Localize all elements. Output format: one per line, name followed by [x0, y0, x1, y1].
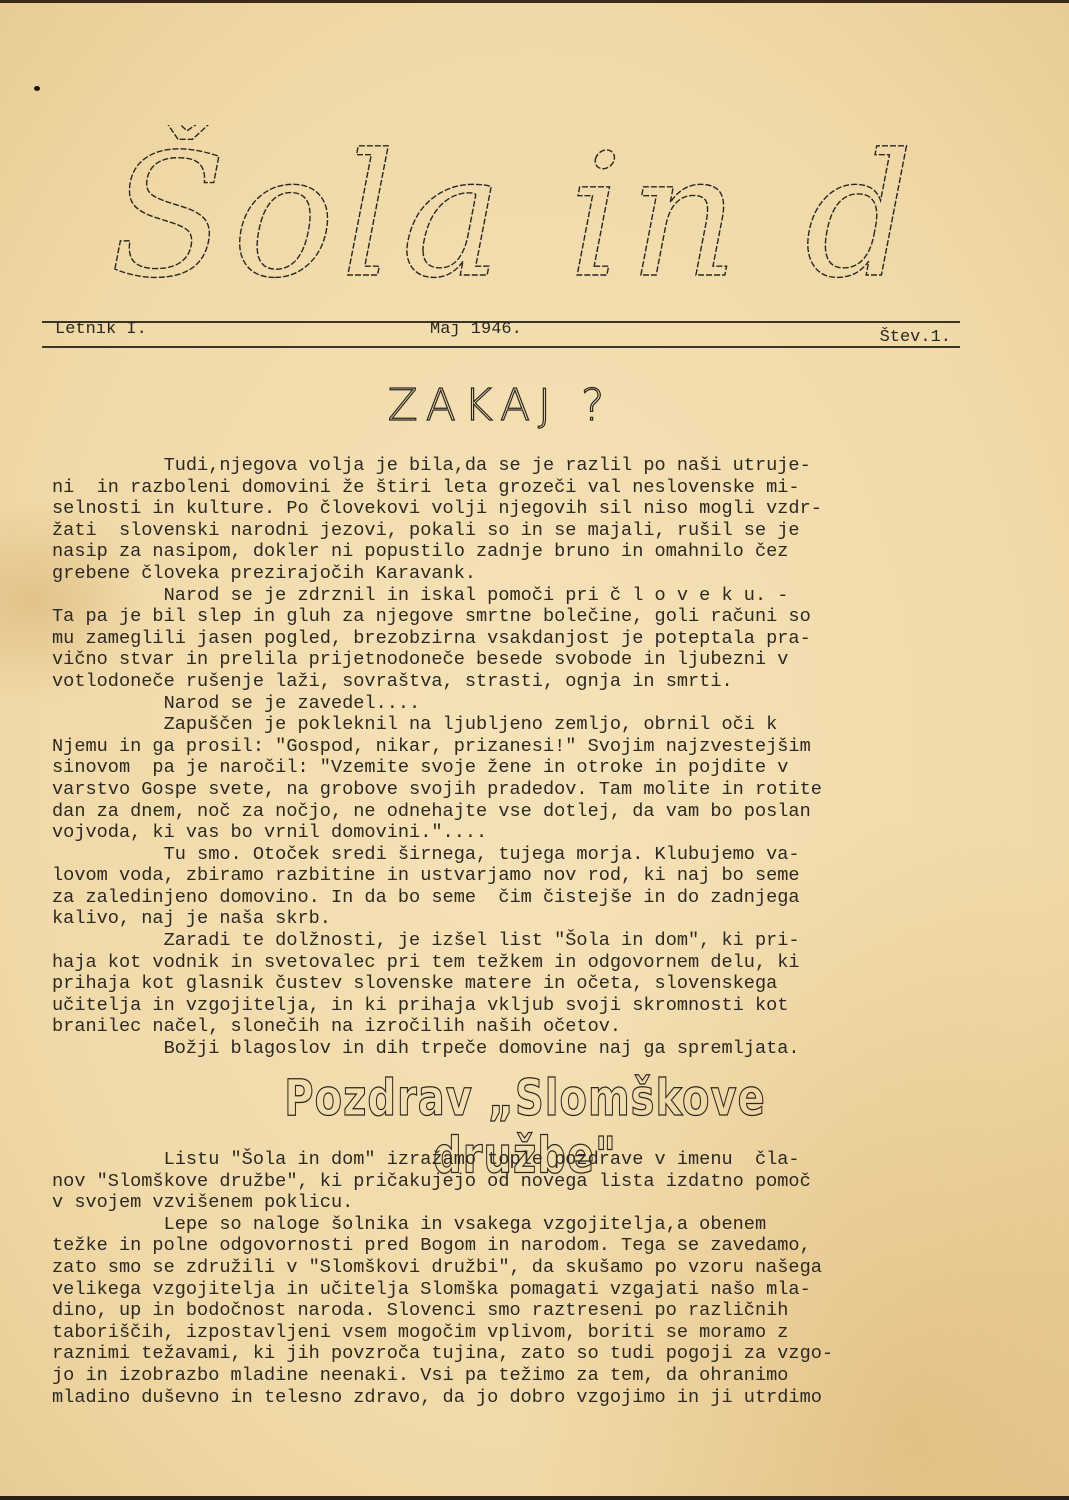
text-line: zato smo se združili v "Slomškovi družbi…: [52, 1257, 972, 1279]
text-line: Njemu in ga prosil: "Gospod, nikar, priz…: [52, 736, 972, 758]
text-line: Lepe so naloge šolnika in vsakega vzgoji…: [52, 1214, 972, 1236]
text-line: Listu "Šola in dom" izražamo tople pozdr…: [52, 1149, 972, 1171]
text-line: raznimi težavami, ki jih povzroča tujina…: [52, 1343, 972, 1365]
text-line: težke in polne odgovornosti pred Bogom i…: [52, 1235, 972, 1257]
ink-spot: [34, 86, 40, 91]
text-line: vojvoda, ki vas bo vrnil domovini."....: [52, 822, 972, 844]
text-line: taboriščih, izpostavljeni vsem mogočim v…: [52, 1322, 972, 1344]
text-line: Tudi,njegova volja je bila,da se je razl…: [52, 455, 972, 477]
text-line: Tu smo. Otoček sredi širnega, tujega mor…: [52, 844, 972, 866]
text-line: varstvo Gospe svete, na grobove svojih p…: [52, 779, 972, 801]
issue-number: Štev.1.: [880, 328, 951, 347]
text-line: dino, up in bodočnost naroda. Slovenci s…: [52, 1300, 972, 1322]
page-edge-top: [0, 0, 1069, 3]
text-line: Zapuščen je pokleknil na ljubljeno zemlj…: [52, 714, 972, 736]
text-line: nov "Slomškove družbe", ki pričakujejo o…: [52, 1171, 972, 1193]
text-line: velikega vzgojitelja in učitelja Slomška…: [52, 1279, 972, 1301]
volume-label: Letnik I.: [55, 320, 147, 339]
issue-date: Maj 1946.: [430, 320, 522, 339]
text-line: Ta pa je bil slep in gluh za njegove smr…: [52, 606, 972, 628]
text-line: Narod se je zavedel....: [52, 693, 972, 715]
text-line: prihaja kot glasnik čustev slovenske mat…: [52, 973, 972, 995]
masthead-title-text: Šola in dom: [110, 125, 920, 305]
text-line: nasip za nasipom, dokler ni popustilo za…: [52, 541, 972, 563]
text-line: za zaledinjeno domovino. In da bo seme č…: [52, 887, 972, 909]
masthead-meta: Letnik I. Maj 1946. Štev.1.: [45, 318, 957, 346]
article-body: Tudi,njegova volja je bila,da se je razl…: [52, 455, 972, 1060]
text-line: učitelja in vzgojitelja, in ki prihaja v…: [52, 995, 972, 1017]
text-line: selnosti in kulture. Po človekovi volji …: [52, 498, 972, 520]
text-line: Narod se je zdrznil in iskal pomoči pri …: [52, 585, 972, 607]
text-line: mladino duševno in telesno zdravo, da jo…: [52, 1387, 972, 1409]
page-edge-bottom: [0, 1496, 1069, 1500]
article-headline: ZAKAJ ?: [360, 380, 640, 431]
text-line: ni in razboleni domovini že štiri leta g…: [52, 477, 972, 499]
text-line: sinovom pa je naročil: "Vzemite svoje že…: [52, 757, 972, 779]
masthead-rule-bottom: [42, 346, 960, 348]
text-line: žati slovenski narodni jezovi, pokali so…: [52, 520, 972, 542]
text-line: vično stvar in prelila prijetnodoneče be…: [52, 649, 972, 671]
text-line: haja kot vodnik in svetovalec pri tem te…: [52, 952, 972, 974]
text-line: branilec načel, slonečih na izročilih na…: [52, 1016, 972, 1038]
text-line: jo in izobrazbo mladine neenaki. Vsi pa …: [52, 1365, 972, 1387]
article-body: Listu "Šola in dom" izražamo tople pozdr…: [52, 1149, 972, 1408]
text-line: dan za dnem, noč za nočjo, ne odnehajte …: [52, 801, 972, 823]
text-line: grebene človeka prezirajočih Karavank.: [52, 563, 972, 585]
text-line: kalivo, naj je naša skrb.: [52, 908, 972, 930]
text-line: mu zameglili jasen pogled, brezobzirna v…: [52, 628, 972, 650]
masthead-title: Šola in dom: [100, 125, 920, 305]
text-line: lovom voda, zbiramo razbitine in ustvarj…: [52, 865, 972, 887]
text-line: Zaradi te dolžnosti, je izšel list "Šola…: [52, 930, 972, 952]
text-line: Božji blagoslov in dih trpeče domovine n…: [52, 1038, 972, 1060]
text-line: v svojem vzvišenem poklicu.: [52, 1192, 972, 1214]
text-line: votlodoneče rušenje laži, sovraštva, str…: [52, 671, 972, 693]
